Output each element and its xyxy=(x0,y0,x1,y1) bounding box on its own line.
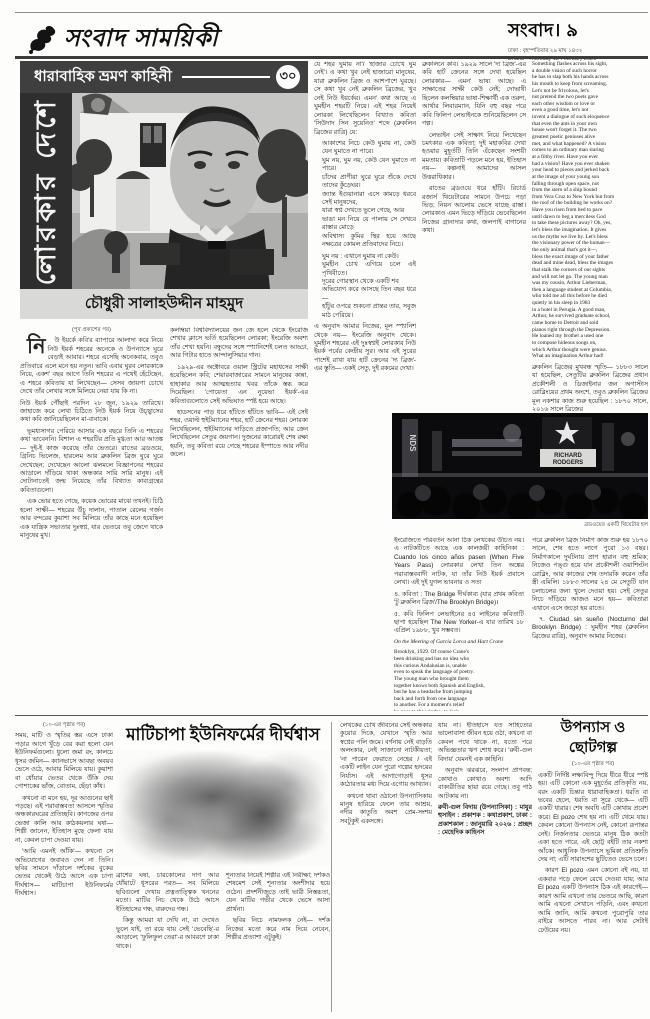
fiction-column-c: উপন্যাস ও ছোটগল্প (১০-এর পৃষ্ঠার পর) একট… xyxy=(538,718,648,1014)
uniform-column-middle: ব্রাশের ঘষা, চারকোলের দাগ আর ধোঁয়াটে ধূ… xyxy=(116,872,219,1014)
serial-kicker-label: ধারাবাহিক ভ্রমণ কাহিনী xyxy=(34,65,172,90)
ornament-bird-icon xyxy=(26,25,60,60)
levine-poem-part-1: Brooklyn, 1929. Of course Crane'sbeen dr… xyxy=(394,649,524,711)
photo-caption: ব্রডওয়ের একটি থিয়েটার হল xyxy=(392,521,648,530)
fiction-column-a: লেখকের চোখ জীবনের সেই অন্ধকার কুয়োর দিক… xyxy=(340,722,432,1014)
references-list: ৪. কবিতা : The Bridge দীর্ঘকাব্য (যার প্… xyxy=(394,591,524,636)
column-1-text: নিউ ইয়র্ক পৌঁছাই পরদিন ২৮ জুন, ১৯২৯ তার… xyxy=(20,400,163,541)
serial-kicker-band: ধারাবাহিক ভ্রমণ কাহিনী ৩০ xyxy=(20,61,308,93)
nameplate: সংবাদ। ৯ xyxy=(508,16,648,47)
top-rule xyxy=(15,12,648,13)
fiction-column-b: যায় না। ইতিহাসে যত সাহিত্যের ভালোবাসা জ… xyxy=(438,722,532,1014)
abstract-artwork-image xyxy=(116,750,330,866)
section-divider-rule xyxy=(15,715,648,716)
feature-column-1: (পূর্ব প্রকাশের পর) নিউ ইয়র্কে কবি'র ব্… xyxy=(20,327,163,711)
feature-column-4-top: ব্রুকলিনে কবি। ১৯২৯ সালে 'দ্য ব্রিজ'-এর … xyxy=(422,61,526,411)
continuation-note: (পূর্ব প্রকাশের পর) xyxy=(20,327,163,334)
svg-text:RICHARD: RICHARD xyxy=(554,453,582,459)
svg-text:NDS: NDS xyxy=(408,435,417,453)
kicker-dash xyxy=(182,76,270,78)
feature-column-2: কলম্বিয়া বিশ্ববিদ্যালয়ের জন জে হলে থেক… xyxy=(170,327,308,711)
author-byline: চৌধুরী সালাহউদ্দীন মাহমুদ xyxy=(85,292,243,317)
feature-column-4-bottom: ইংরেজিতে পরিবর্তন আনা ঠিক লেখকের উচিত নয… xyxy=(394,537,524,711)
broadway-theatre-photo: RICHARD RODGERS NDS xyxy=(392,413,648,519)
levine-poem-title: On the Meeting of García Lorca and Hart … xyxy=(394,639,524,646)
vertical-title-strip: লোরকার দেশে xyxy=(20,93,72,289)
uniform-column-left: (১০-এর পৃষ্ঠার পর) সময়, মাটি ও স্মৃতির … xyxy=(15,722,113,1014)
book-credits: রুবী-গুল বিদায় (উপন্যাসিকা) : মাযুর হুস… xyxy=(438,804,532,838)
reference-7: ৭. Ciudad sin sueño (Nocturno del Brookl… xyxy=(532,616,648,641)
masthead-logo: সংবাদ সাময়িকী xyxy=(26,20,219,60)
episode-number-badge: ৩০ xyxy=(276,65,300,89)
supplement-title: সংবাদ সাময়িকী xyxy=(64,20,219,60)
column-divider xyxy=(331,722,332,1012)
feature-column-5-bottom: পরে ব্রুকলিন ব্রিজ নির্মাণ কাজ শুরু হয় … xyxy=(532,537,648,711)
masthead-rule xyxy=(15,56,648,59)
bridge-history-para: ব্রুকলিন ব্রিজের মুখবন্ধ স্মৃতি— ১৮৮৩ সা… xyxy=(532,364,648,411)
svg-text:RODGERS: RODGERS xyxy=(553,460,583,466)
fiction-section-heading: উপন্যাস ও ছোটগল্প xyxy=(538,718,648,758)
drop-cap: নি xyxy=(20,337,48,356)
byline-bar: চৌধুরী সালাহউদ্দীন মাহমুদ xyxy=(20,289,308,319)
uniform-column-right: শূন্যতার নিয়েই শিল্পীর এই নিরীক্ষা; দর্… xyxy=(226,872,330,1014)
uniform-continuation-note: (১০-এর পৃষ্ঠার পর) xyxy=(15,722,113,729)
feature-column-5-top: Something flashes across his sight,a dou… xyxy=(532,61,648,411)
newspaper-page: সংবাদ সাময়িকী সংবাদ। ৯ ঢাকা : বৃহস্পতিব… xyxy=(0,0,650,1019)
bengali-poem-excerpt: আকাশের নিচে কেউ ঘুমায় না, কেউ যেন ঘুমাত… xyxy=(314,140,416,250)
fiction-continuation-note: (১০-এর পৃষ্ঠার পর) xyxy=(538,761,648,768)
levine-poem-part-2: Something flashes across his sight,a dou… xyxy=(532,61,648,360)
uniform-article-heading: মাটিচাপা ইউনিফর্মের দীর্ঘশ্বাস xyxy=(116,722,330,750)
date-bangla: ঢাকা : বৃহস্পতিবার ২৯ মাঘ ১৪৩২ xyxy=(508,48,648,56)
lorca-mural-photo: লোরকার দেশে xyxy=(20,93,308,289)
bengali-poem-stanza-2: ঘুম নয় : এখানে ঘুমায় না কেউ।ঘুমহীন চোখ… xyxy=(314,253,416,321)
feature-title-vertical: লোরকার দেশে xyxy=(23,97,70,286)
